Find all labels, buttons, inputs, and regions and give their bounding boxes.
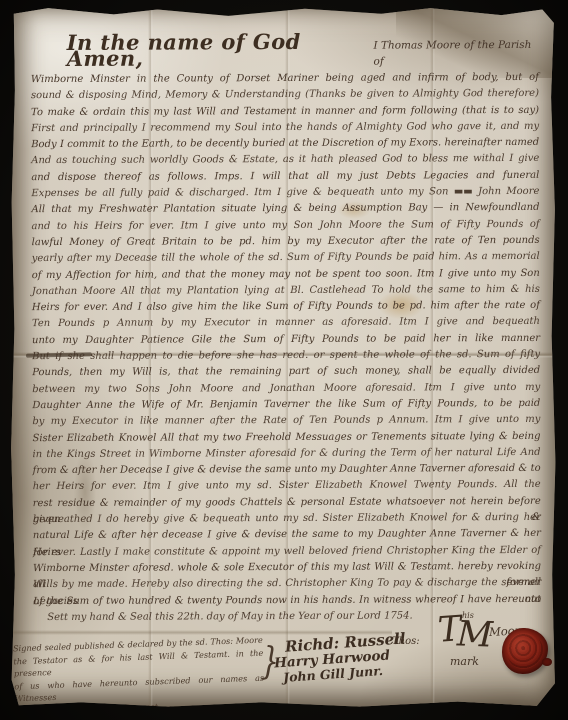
manuscript-line: First and principally I recommend my Sou… [31,119,539,138]
manuscript-line: in the Kings Street in Wimborne Minster … [33,445,541,464]
witness-signatures: Richd: Russell Harry Harwood John Gill J… [271,630,409,685]
manuscript-line: bequeathed I do hereby give & bequeath u… [33,510,541,529]
manuscript-line: yearly after my Decease till the whole o… [32,249,540,268]
manuscript-line: But if she shall happen to die before sh… [32,347,540,366]
manuscript-line: and to his Heirs for ever. Itm I give un… [32,217,540,236]
attestation-clause: Signed sealed published & declared by th… [13,634,265,718]
manuscript-line: Ten Pounds p Annum by my Executor in man… [32,314,540,333]
manuscript-line: between my two Sons John Moore and Jonat… [32,380,540,399]
signature-name-abbrev: Thos: [392,636,420,647]
manuscript-line: by my Executor in like manner after the … [32,412,540,431]
manuscript-line: sound & disposing Mind, Memory & Underst… [31,86,539,105]
manuscript-line: Wills by me made. Hereby also directing … [33,575,541,594]
manuscript-page: In the name of God Amen, I Thomas Moore … [10,6,556,708]
manuscript-line: Jonathan Moore All that my Plantation ly… [32,282,540,301]
opening-line: In the name of God Amen, I Thomas Moore … [31,33,539,72]
manuscript-line: Expenses be all fully paid & discharged.… [31,184,539,203]
manuscript-line: And as touching such worldly Goods & Est… [31,151,539,170]
mark-word-mark: mark [450,655,479,668]
opening-continuation: I Thomas Moore of the Parish of [373,37,538,70]
manuscript-line: for ever. Lastly I make constitute & app… [33,542,541,561]
wax-seal-icon [502,628,548,674]
will-body-text: In the name of God Amen, I Thomas Moore … [31,33,542,626]
mark-initial-m: M [456,614,493,655]
photograph-background: In the name of God Amen, I Thomas Moore … [0,0,568,720]
opening-calligraphy: In the name of God Amen, [67,34,374,68]
manuscript-line: her Heirs for ever. Itm I give unto my s… [33,477,541,496]
